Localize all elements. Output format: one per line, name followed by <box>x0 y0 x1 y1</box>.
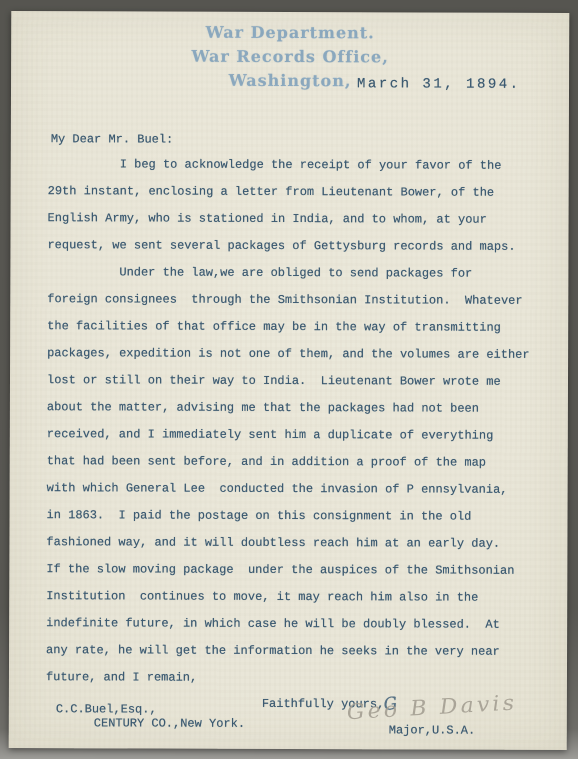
letter-paper: War Department. War Records Office, Wash… <box>9 11 570 750</box>
body-line: fashioned way, and it will doubtless rea… <box>46 529 551 558</box>
body-line: with which General Lee conducted the inv… <box>47 475 552 504</box>
letterhead-line-war-department: War Department. <box>11 20 569 46</box>
recipient-address: CENTURY CO.,New York. <box>94 717 245 731</box>
recipient-block: C.C.Buel,Esq., CENTURY CO.,New York. <box>56 703 245 731</box>
scanned-letter-page: { "colors": { "background_gray": "#56555… <box>0 0 578 759</box>
body-line: any rate, he will get the information he… <box>46 637 551 666</box>
body-line: in 1863. I paid the postage on this cons… <box>46 502 551 531</box>
letterhead-line-war-records-office: War Records Office, <box>11 44 569 70</box>
body-line: about the matter, advising me that the p… <box>47 394 552 423</box>
body-line: request, we sent several packages of Get… <box>47 232 552 261</box>
body-line: foreign consignees through the Smithsoni… <box>47 286 552 315</box>
body-line: indefinite future, in which case he will… <box>46 610 551 639</box>
body-line: the facilities of that office may be in … <box>47 313 552 342</box>
salutation: My Dear Mr. Buel: <box>51 126 174 153</box>
body-line: Institution continues to move, it may re… <box>46 583 551 612</box>
recipient-name: C.C.Buel,Esq., <box>56 703 245 717</box>
body-line: that had been sent before, and in additi… <box>47 448 552 477</box>
signature-title: Major,U.S.A. <box>389 717 476 744</box>
body-line: packages, expedition is not one of them,… <box>47 340 552 369</box>
body-line: I beg to acknowledge the receipt of your… <box>48 151 553 180</box>
letter-body: I beg to acknowledge the receipt of your… <box>46 151 553 693</box>
body-line: received, and I immediately sent him a d… <box>47 421 552 450</box>
body-line: Under the law,we are obliged to send pac… <box>47 259 552 288</box>
letter-date: March 31, 1894. <box>357 76 521 93</box>
body-line: lost or still on their way to India. Lie… <box>47 367 552 396</box>
body-line: If the slow moving package under the aus… <box>46 556 551 585</box>
body-line: English Army, who is stationed in India,… <box>48 205 553 234</box>
body-line: 29th instant, enclosing a letter from Li… <box>48 178 553 207</box>
